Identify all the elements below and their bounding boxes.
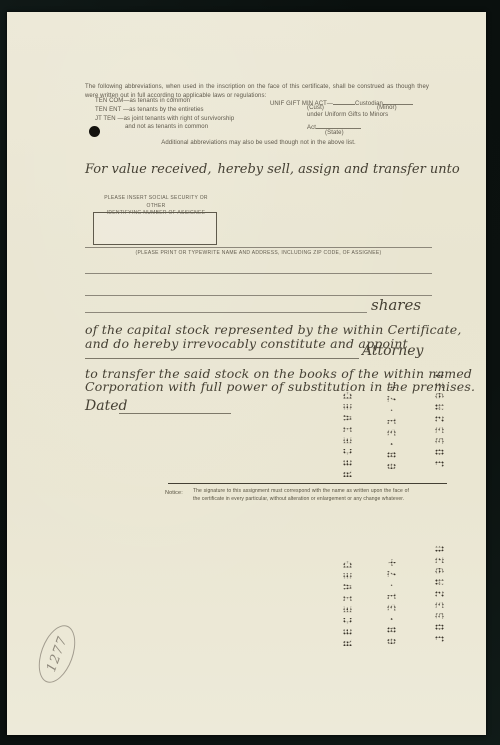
notice-label: Notice: — [165, 489, 191, 497]
perforation-upper-received: RECEIVED — [341, 388, 355, 478]
assignment-line2: and do hereby irrevocably constitute and… — [85, 336, 355, 351]
state-caption: (State) — [325, 129, 344, 138]
shares-word: shares — [371, 296, 421, 314]
dated-word: Dated — [85, 398, 127, 414]
hereby-sell-text: hereby sell, assign and transfer unto — [217, 162, 459, 177]
perforation-upper-date: 08·31·7+ — [385, 380, 399, 470]
ssn-input-box[interactable] — [93, 212, 217, 245]
perforation-lower-date: 08·31·7+ — [385, 555, 399, 645]
perforation-upper-code: JO332M92U — [433, 366, 447, 467]
pencil-annotation-oval: 1277 — [32, 620, 83, 687]
scanned-certificate-back: { "abbreviations": { "intro": "The follo… — [0, 0, 500, 745]
abbreviations-footer: Additional abbreviations may also be use… — [85, 139, 432, 148]
shares-blank-line[interactable] — [85, 312, 367, 313]
signature-line[interactable] — [168, 483, 447, 484]
under-uniform-gifts: under Uniform Gifts to Minors — [307, 111, 388, 120]
perforation-lower-code: JO332M92U — [433, 541, 447, 642]
abbrev-jt-ten-cont: and not as tenants in common — [125, 123, 208, 132]
assignment-line4: Corporation with full power of substitut… — [85, 379, 432, 394]
notice-text: The signature to this assignment must co… — [193, 488, 409, 503]
assignment-line1: of the capital stock represented by the … — [85, 322, 432, 337]
ruled-line-1[interactable] — [85, 247, 432, 248]
blank-cust[interactable] — [333, 97, 355, 105]
ruled-line-2[interactable] — [85, 273, 432, 274]
attorney-word: Attorney — [362, 343, 423, 359]
certificate-paper: The following abbreviations, when used i… — [7, 12, 486, 735]
print-caption: (PLEASE PRINT OR TYPEWRITE NAME AND ADDR… — [85, 250, 432, 256]
for-value-received-text: For value received, — [85, 162, 211, 177]
abbrev-ten-ent: TEN ENT —as tenants by the entireties — [95, 106, 204, 115]
perforation-lower-received: RECEIVED — [341, 557, 355, 647]
attorney-blank-line[interactable] — [85, 358, 359, 359]
blank-act-state[interactable] — [316, 121, 361, 129]
hole-punch — [89, 126, 100, 137]
ssn-box-label-line1: PLEASE INSERT SOCIAL SECURITY OR OTHER — [95, 195, 217, 210]
for-value-line: For value received, hereby sell, assign … — [85, 162, 432, 177]
act-label: Act — [307, 125, 316, 131]
pencil-annotation-number: 1277 — [44, 634, 71, 674]
dated-blank-line[interactable] — [119, 413, 231, 414]
abbrev-ten-com: TEN COM—as tenants in common — [95, 97, 190, 106]
